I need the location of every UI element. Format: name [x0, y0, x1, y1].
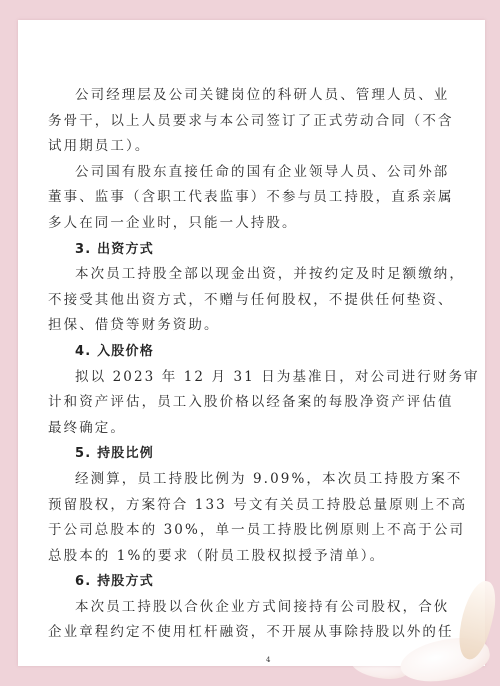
section-heading: 6. 持股方式	[48, 569, 460, 595]
paragraph-line: 计和资产评估，员工入股价格以经备案的每股净资产评估值	[48, 390, 460, 416]
paragraph-line: 多人在同一企业时，只能一人持股。	[48, 211, 460, 237]
paragraph-line: 担保、借贷等财务资助。	[48, 313, 460, 339]
section-heading: 3. 出资方式	[48, 237, 460, 263]
paragraph-line: 务骨干，以上人员要求与本公司签订了正式劳动合同（不含	[48, 109, 460, 135]
paragraph-line: 本次员工持股全部以现金出资，并按约定及时足额缴纳，	[48, 262, 460, 288]
paragraph-line: 不接受其他出资方式，不赠与任何股权，不提供任何垫资、	[48, 288, 460, 314]
section-heading: 4. 入股价格	[48, 339, 460, 365]
paragraph-line: 预留股权，方案符合 133 号文有关员工持股总量原则上不高	[48, 493, 460, 519]
paragraph-line: 企业章程约定不使用杠杆融资，不开展从事除持股以外的任	[48, 620, 460, 646]
page-number: 4	[266, 656, 270, 664]
document-body: 公司经理层及公司关键岗位的科研人员、管理人员、业务骨干，以上人员要求与本公司签订…	[48, 83, 460, 646]
paragraph-line: 最终确定。	[48, 416, 460, 442]
paragraph-line: 试用期员工）。	[48, 134, 460, 160]
section-heading: 5. 持股比例	[48, 441, 460, 467]
paragraph-line: 本次员工持股以合伙企业方式间接持有公司股权，合伙	[48, 595, 460, 621]
paragraph-line: 董事、监事（含职工代表监事）不参与员工持股，直系亲属	[48, 185, 460, 211]
paragraph-line: 于公司总股本的 30%，单一员工持股比例原则上不高于公司	[48, 518, 460, 544]
paragraph-line: 公司经理层及公司关键岗位的科研人员、管理人员、业	[48, 83, 460, 109]
paragraph-line: 经测算，员工持股比例为 9.09%，本次员工持股方案不	[48, 467, 460, 493]
paragraph-line: 拟以 2023 年 12 月 31 日为基准日，对公司进行财务审	[48, 365, 460, 391]
paragraph-line: 总股本的 1%的要求（附员工股权拟授予清单）。	[48, 544, 460, 570]
paragraph-line: 公司国有股东直接任命的国有企业领导人员、公司外部	[48, 160, 460, 186]
